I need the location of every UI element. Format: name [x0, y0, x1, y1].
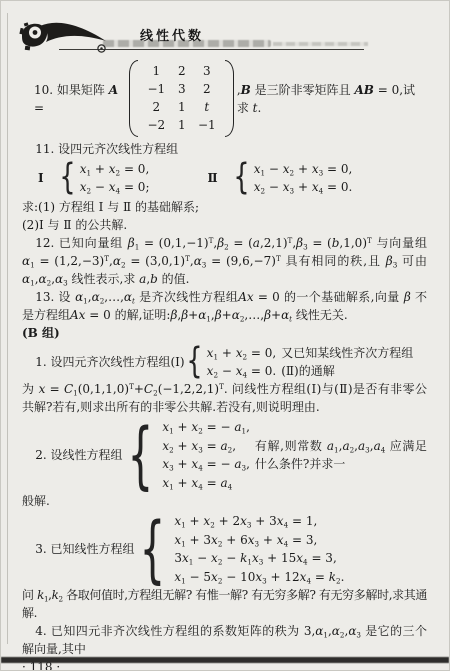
equation: x1 + x2 = 0,: [207, 344, 277, 362]
problem-b1-system: { x1 + x2 = 0, x2 − x4 = 0.: [185, 344, 277, 380]
system-2: { x1 − x2 + x3 = 0, x2 − x3 + x4 = 0.: [232, 160, 353, 196]
page-content: 10. 如果矩阵 A = 1 2 3 −1 3 2 2 1 t −2 1 −1: [1, 55, 449, 671]
equation: x3 + x4 = − a3,: [162, 455, 250, 474]
matrix-cell: t: [194, 99, 220, 116]
equation: x1 + x2 + 2x3 + 3x4 = 1,: [174, 512, 344, 531]
problem-b2-system: { x1 + x2 = − a1, x2 + x3 = a2, x3 + x4 …: [122, 418, 249, 492]
problem-b2-pre: 2. 设线性方程组: [22, 446, 122, 464]
matrix-grid: 1 2 3 −1 3 2 2 1 t −2 1 −1: [138, 60, 225, 137]
problem-b3: 3. 已知线性方程组 { x1 + x2 + 2x3 + 3x4 = 1, x1…: [22, 512, 427, 586]
equation: x1 − 5x2 − 10x3 + 12x4 = k2.: [174, 568, 344, 587]
problem-b1-continuation: 为 x = C1(0,1,1,0)T+C2(−1,2,2,1)T. 问线性方程组…: [22, 380, 427, 416]
problem-13-text: 13. 设 α1,α2,…,αt 是齐次线性方程组Ax = 0 的一个基础解系,…: [22, 288, 427, 324]
textbook-page: 线性代数 10. 如果矩阵 A = 1 2 3 −1 3 2 2 1 t −2: [0, 0, 450, 671]
problem-b3-ask: 问 k1,k2 各取何值时,方程组无解? 有惟一解? 有无穷多解? 有无穷多解时…: [22, 586, 427, 622]
equation: x2 − x4 = 0;: [80, 178, 150, 196]
brace-icon: {: [128, 418, 154, 491]
problem-b4-text: 4. 已知四元非齐次线性方程组的系数矩阵的秩为 3,α1,α2,α3 是它的三个…: [22, 622, 427, 658]
matrix-cell: −1: [194, 117, 220, 134]
matrix-cell: 3: [194, 63, 220, 80]
system-2-label: Ⅱ: [208, 169, 218, 187]
system-1: { x1 + x2 = 0, x2 − x4 = 0;: [58, 160, 150, 196]
brace-icon: {: [186, 344, 202, 379]
equation: x1 + 3x2 + 6x3 + x4 = 3,: [174, 531, 344, 550]
problem-10-pre: 10. 如果矩阵 A =: [34, 81, 126, 117]
problem-11-intro: 11. 设四元齐次线性方程组: [22, 140, 427, 158]
problem-11-systems: Ⅰ { x1 + x2 = 0, x2 − x4 = 0; Ⅱ { x1 − x…: [38, 160, 427, 196]
brace-icon: {: [59, 160, 75, 195]
equation: x2 + x3 = a2,: [162, 437, 250, 456]
matrix-cell: 3: [170, 81, 194, 98]
system-1-label: Ⅰ: [38, 169, 44, 187]
scan-bottom-edge: [1, 657, 449, 663]
brace-icon: {: [140, 512, 166, 585]
brace-icon: {: [233, 160, 249, 195]
matrix-cell: −2: [143, 117, 170, 134]
problem-b3-system: { x1 + x2 + 2x3 + 3x4 = 1, x1 + 3x2 + 6x…: [134, 512, 344, 586]
matrix-cell: 2: [143, 99, 170, 116]
problem-11-ask1: 求:(1) 方程组 Ⅰ 与 Ⅱ 的基础解系;: [22, 198, 427, 216]
matrix-cell: 2: [194, 81, 220, 98]
equation: x1 + x4 = a4: [162, 474, 250, 493]
matrix-A: 1 2 3 −1 3 2 2 1 t −2 1 −1: [129, 60, 234, 137]
equation: x1 + x2 = − a1,: [162, 418, 250, 437]
problem-b2: 2. 设线性方程组 { x1 + x2 = − a1, x2 + x3 = a2…: [22, 418, 427, 492]
equation: x2 − x3 + x4 = 0.: [254, 178, 353, 196]
problem-b3-pre: 3. 已知线性方程组: [22, 540, 134, 558]
problem-b1-post: 又已知某线性齐次方程组(Ⅱ)的通解: [281, 344, 427, 380]
problem-12-text: 12. 已知向量组 β1 = (0,1,−1)T,β2 = (a,2,1)T,β…: [22, 234, 427, 288]
left-bracket-icon: [129, 60, 138, 137]
matrix-cell: 2: [170, 63, 194, 80]
equation: x1 − x2 + x3 = 0,: [254, 160, 353, 178]
problem-b2-post: 有解,则常数 a1,a2,a3,a4 应满足什么条件?并求一: [255, 437, 427, 473]
problem-b1: 1. 设四元齐次线性方程组(Ⅰ) { x1 + x2 = 0, x2 − x4 …: [22, 344, 427, 380]
problem-b1-pre: 1. 设四元齐次线性方程组(Ⅰ): [22, 353, 185, 371]
matrix-cell: −1: [143, 81, 170, 98]
matrix-cell: 1: [170, 117, 194, 134]
matrix-cell: 1: [143, 63, 170, 80]
section-b-heading: (B 组): [22, 324, 427, 342]
equation: x2 − x4 = 0.: [207, 362, 277, 380]
page-header: 线性代数: [1, 1, 449, 55]
problem-b2-continuation: 般解.: [22, 492, 427, 510]
problem-10: 10. 如果矩阵 A = 1 2 3 −1 3 2 2 1 t −2 1 −1: [34, 60, 427, 137]
matrix-cell: 1: [170, 99, 194, 116]
problem-11-ask2: (2)Ⅰ 与 Ⅱ 的公共解.: [22, 216, 427, 234]
problem-10-post: ,B 是三阶非零矩阵且 AB = 0,试求 t.: [237, 81, 427, 117]
equation: x1 + x2 = 0,: [80, 160, 150, 178]
right-bracket-icon: [225, 60, 234, 137]
page-title: 线性代数: [1, 28, 343, 46]
equation: 3x1 − x2 − k1x3 + 15x4 = 3,: [174, 549, 344, 568]
